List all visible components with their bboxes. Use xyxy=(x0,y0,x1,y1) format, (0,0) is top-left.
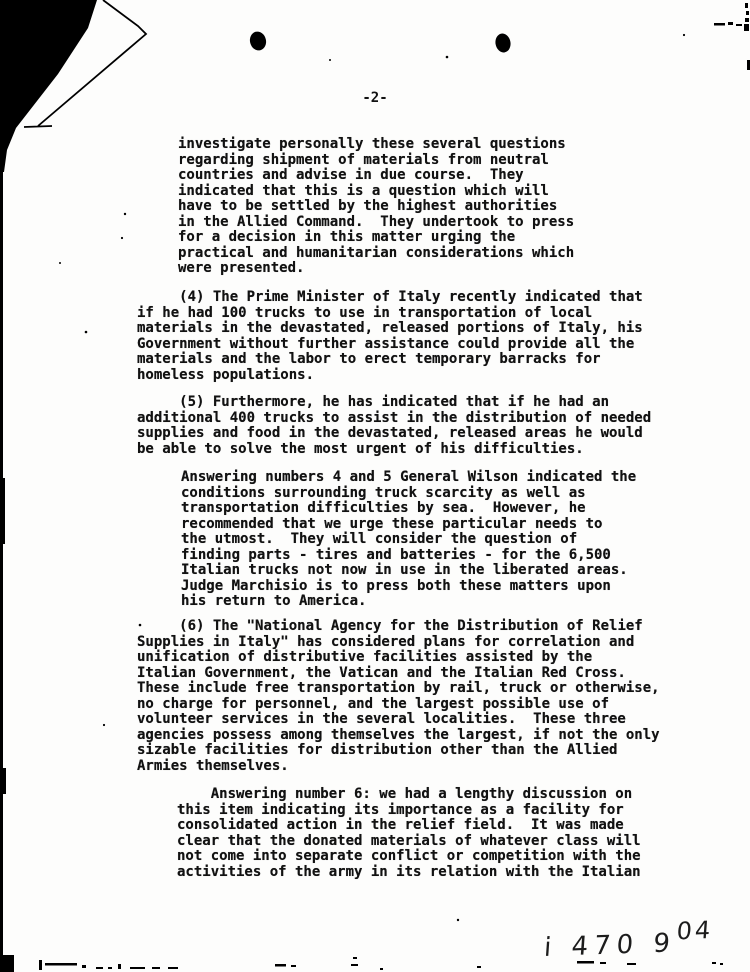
typed-paragraph-item-5: (5) Furthermore, he has indicated that i… xyxy=(137,395,692,457)
scanned-document-page: -2- investigate personally these several… xyxy=(0,0,750,972)
page-number: -2- xyxy=(0,90,750,106)
handwritten-number-raised: 04 xyxy=(676,916,714,945)
scan-edge-left-blot xyxy=(0,768,6,794)
scan-edge-left xyxy=(0,150,3,972)
scan-corner-blot xyxy=(0,955,14,972)
typed-paragraph-item-6: (6) The "National Agency for the Distrib… xyxy=(137,619,692,774)
fold-crease-line xyxy=(24,0,146,127)
typed-paragraph-answer-4-5: Answering numbers 4 and 5 General Wilson… xyxy=(181,470,691,610)
handwritten-number: i 470 904 xyxy=(543,927,713,963)
handwritten-number-main: i 470 9 xyxy=(543,928,677,963)
scan-corner-fold xyxy=(0,0,97,172)
typed-paragraph-answer-6: Answering number 6: we had a lengthy dis… xyxy=(177,787,707,880)
scan-corner-smudge xyxy=(714,3,750,70)
scan-edge-left-wide xyxy=(0,478,5,544)
hole-punch-mark xyxy=(494,32,512,53)
typed-paragraph-continuation: investigate personally these several que… xyxy=(178,137,683,277)
hole-punch-mark xyxy=(248,30,268,52)
typed-paragraph-item-4: (4) The Prime Minister of Italy recently… xyxy=(137,290,692,383)
